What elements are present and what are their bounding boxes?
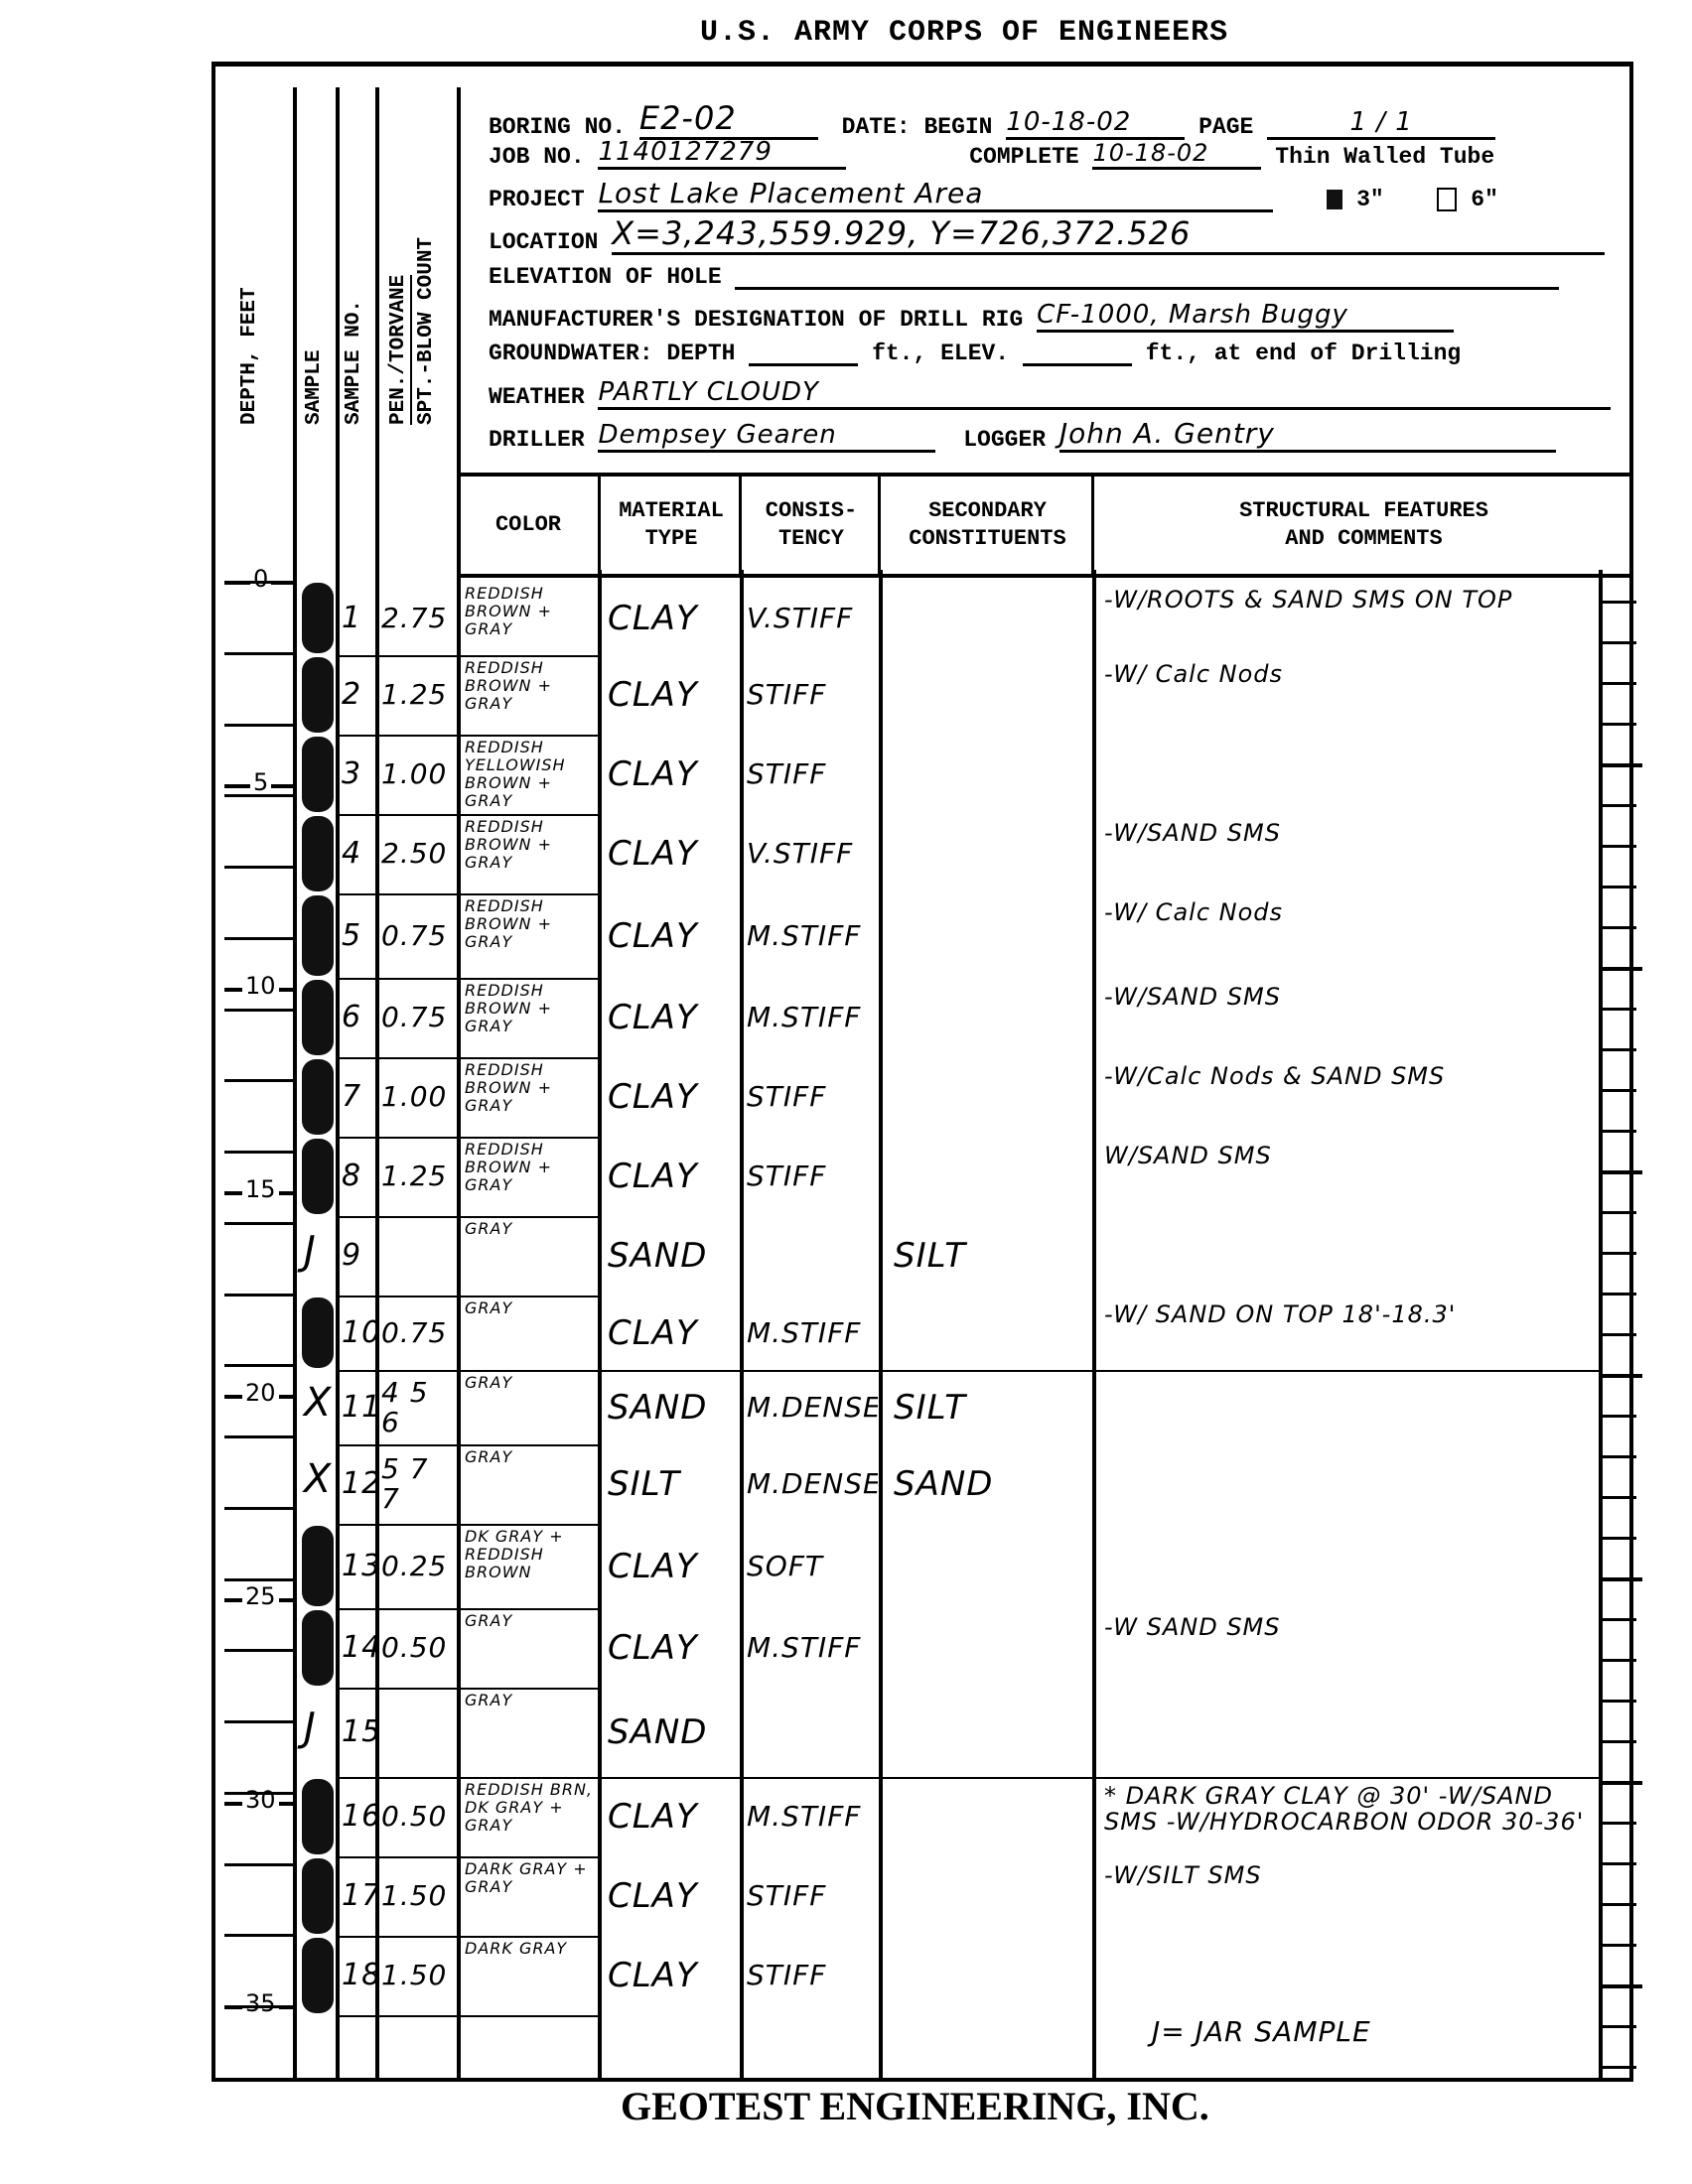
secondary-constituents bbox=[894, 1688, 1087, 1777]
structural-comment bbox=[1104, 1936, 1596, 2021]
structural-comment bbox=[1104, 1688, 1596, 1783]
right-scale-tick bbox=[1603, 1252, 1636, 1255]
divider-depth-sample bbox=[293, 87, 297, 2078]
secondary-constituents bbox=[894, 1777, 1087, 1856]
soil-color: REDDISH BROWN + GRAY bbox=[465, 1057, 598, 1141]
gw-elev-label: ft., ELEV. bbox=[872, 341, 1009, 366]
structural-comment bbox=[1104, 1216, 1596, 1301]
drill-rig-field[interactable]: CF-1000, Marsh Buggy bbox=[1037, 300, 1454, 333]
depth-label: 30 bbox=[242, 1786, 279, 1814]
soil-color: GRAY bbox=[465, 1370, 598, 1448]
depth-gridline bbox=[224, 1720, 294, 1723]
consistency: STIFF bbox=[747, 1856, 878, 1936]
consistency bbox=[747, 1688, 878, 1777]
pen-torvane-value: 1.00 bbox=[381, 1057, 457, 1137]
depth-gridline bbox=[224, 1364, 294, 1367]
project-field[interactable]: Lost Lake Placement Area bbox=[598, 177, 1273, 212]
depth-gridline bbox=[224, 724, 294, 727]
jar-sample-icon: J bbox=[304, 1228, 316, 1274]
secondary-constituents bbox=[894, 1137, 1087, 1216]
consistency: STIFF bbox=[747, 1936, 878, 2015]
structural-comment: -W/SAND SMS bbox=[1104, 978, 1596, 1063]
consistency: M.STIFF bbox=[747, 1777, 878, 1856]
pen-torvane-value bbox=[381, 1216, 457, 1296]
sample-number: 18 bbox=[342, 1936, 377, 2015]
row-drill-rig: MANUFACTURER'S DESIGNATION OF DRILL RIG … bbox=[489, 300, 1454, 333]
pen-torvane-value: 0.25 bbox=[381, 1524, 457, 1608]
sample-number: 8 bbox=[342, 1137, 377, 1216]
soil-color: GRAY bbox=[465, 1688, 598, 1781]
structural-comment: -W/ Calc Nods bbox=[1104, 893, 1596, 984]
consistency: V.STIFF bbox=[747, 814, 878, 893]
secondary-constituents bbox=[894, 893, 1087, 978]
date-begin-field[interactable]: 10-18-02 bbox=[1006, 107, 1185, 140]
right-scale-tick bbox=[1603, 1089, 1636, 1092]
spt-sample-icon: X bbox=[304, 1380, 331, 1426]
tube-label: Thin Walled Tube bbox=[1275, 144, 1494, 170]
sample-number: 1 bbox=[342, 581, 377, 655]
sample-number: 11 bbox=[342, 1370, 377, 1444]
tube-sample-icon bbox=[302, 1297, 334, 1368]
right-scale-tick bbox=[1603, 1984, 1642, 1988]
weather-field[interactable]: PARTLY CLOUDY bbox=[598, 377, 1611, 410]
right-scale-tick bbox=[1603, 1455, 1636, 1458]
depth-gridline bbox=[224, 1151, 294, 1154]
section-divider bbox=[457, 1370, 1599, 1372]
column-depth-feet: DEPTH, FEET bbox=[238, 287, 261, 425]
divider-consistency-secondary bbox=[879, 570, 883, 2081]
material-type: CLAY bbox=[608, 735, 739, 814]
right-scale-tick bbox=[1603, 723, 1636, 726]
depth-gridline bbox=[224, 1934, 294, 1937]
agency-title: U.S. ARMY CORPS OF ENGINEERS bbox=[700, 16, 1228, 50]
right-scale-tick bbox=[1603, 763, 1642, 767]
material-type: CLAY bbox=[608, 1777, 739, 1856]
material-type: CLAY bbox=[608, 1137, 739, 1216]
tube-6in-label: 6" bbox=[1471, 187, 1498, 212]
depth-gridline bbox=[224, 1863, 294, 1866]
secondary-constituents: SILT bbox=[894, 1370, 1087, 1444]
material-type: CLAY bbox=[608, 1856, 739, 1936]
pen-torvane-value: 0.50 bbox=[381, 1777, 457, 1856]
right-scale-tick bbox=[1603, 1659, 1636, 1662]
divider-sample-no bbox=[336, 87, 340, 2078]
right-scale-tick bbox=[1603, 1333, 1636, 1336]
driller-label: DRILLER bbox=[489, 427, 585, 453]
right-scale-tick bbox=[1603, 1374, 1642, 1378]
secondary-constituents bbox=[894, 735, 1087, 814]
right-scale-tick bbox=[1603, 1537, 1636, 1540]
job-no-label: JOB NO. bbox=[489, 144, 585, 170]
structural-comment: * DARK GRAY CLAY @ 30' -W/SAND SMS -W/HY… bbox=[1104, 1777, 1596, 1862]
material-type: SILT bbox=[608, 1444, 739, 1524]
consistency: SOFT bbox=[747, 1524, 878, 1608]
secondary-constituents bbox=[894, 1856, 1087, 1936]
row-groundwater: GROUNDWATER: DEPTH ft., ELEV. ft., at en… bbox=[489, 340, 1461, 366]
header-material-type: MATERIALTYPE bbox=[598, 477, 742, 574]
row-project: PROJECT Lost Lake Placement Area 3" 6" bbox=[489, 177, 1498, 212]
tube-6in-checkbox[interactable] bbox=[1437, 188, 1457, 211]
secondary-constituents bbox=[894, 814, 1087, 893]
driller-field[interactable]: Dempsey Gearen bbox=[598, 420, 935, 453]
soil-color: REDDISH BROWN + GRAY bbox=[465, 893, 598, 982]
sample-number: 2 bbox=[342, 655, 377, 735]
pen-torvane-value: 1.50 bbox=[381, 1856, 457, 1936]
structural-comment bbox=[1104, 1444, 1596, 1530]
right-scale-tick bbox=[1603, 1944, 1636, 1947]
soil-color: REDDISH BROWN + GRAY bbox=[465, 814, 598, 897]
structural-comment: -W/SILT SMS bbox=[1104, 1856, 1596, 1942]
depth-label: 15 bbox=[242, 1175, 279, 1203]
consistency: M.DENSE bbox=[747, 1370, 878, 1444]
divider-material-consistency bbox=[740, 570, 744, 2081]
pen-torvane-value: 0.75 bbox=[381, 893, 457, 978]
company-footer: GEOTEST ENGINEERING, INC. bbox=[621, 2083, 1209, 2129]
right-scale-tick bbox=[1603, 1211, 1636, 1214]
groundwater-label: GROUNDWATER: DEPTH bbox=[489, 341, 735, 366]
depth-label: 0 bbox=[250, 565, 271, 593]
secondary-constituents bbox=[894, 1057, 1087, 1137]
consistency: STIFF bbox=[747, 1137, 878, 1216]
right-scale-tick bbox=[1603, 1618, 1636, 1621]
elevation-label: ELEVATION OF HOLE bbox=[489, 264, 722, 290]
right-scale-tick bbox=[1603, 1700, 1636, 1703]
sample-number: 6 bbox=[342, 978, 377, 1057]
pen-torvane-value: 1.25 bbox=[381, 655, 457, 735]
tube-sample-icon bbox=[302, 1779, 334, 1854]
pen-torvane-value: 0.50 bbox=[381, 1608, 457, 1688]
material-type: CLAY bbox=[608, 1296, 739, 1370]
jar-sample-icon: J bbox=[304, 1705, 316, 1750]
material-type: CLAY bbox=[608, 1524, 739, 1608]
sample-number: 9 bbox=[342, 1216, 377, 1296]
sample-number: 13 bbox=[342, 1524, 377, 1608]
secondary-constituents bbox=[894, 581, 1087, 655]
depth-gridline bbox=[224, 1222, 294, 1225]
right-scale-tick bbox=[1603, 804, 1636, 807]
secondary-constituents bbox=[894, 1524, 1087, 1608]
material-type: CLAY bbox=[608, 1057, 739, 1137]
tube-sample-icon bbox=[302, 1139, 334, 1214]
material-type: CLAY bbox=[608, 1936, 739, 2015]
material-type: SAND bbox=[608, 1216, 739, 1296]
depth-label: 20 bbox=[242, 1379, 279, 1407]
soil-color: DARK GRAY bbox=[465, 1936, 598, 2019]
column-sample: SAMPLE bbox=[303, 349, 326, 425]
material-type: CLAY bbox=[608, 978, 739, 1057]
jar-sample-legend: J= JAR SAMPLE bbox=[1152, 2015, 1371, 2048]
right-scale-tick bbox=[1603, 1781, 1642, 1785]
row-elevation: ELEVATION OF HOLE bbox=[489, 261, 1559, 290]
column-sample-no: SAMPLE NO. bbox=[343, 300, 365, 425]
structural-comment: -W/SAND SMS bbox=[1104, 814, 1596, 899]
secondary-constituents: SILT bbox=[894, 1216, 1087, 1296]
consistency: M.STIFF bbox=[747, 893, 878, 978]
gw-depth-field[interactable] bbox=[749, 340, 858, 366]
sample-number: 7 bbox=[342, 1057, 377, 1137]
soil-color: REDDISH BRN, DK GRAY + GRAY bbox=[465, 1777, 598, 1860]
right-scale-tick bbox=[1603, 1415, 1636, 1418]
depth-gridline bbox=[224, 652, 294, 655]
gw-end-label: ft., at end of Drilling bbox=[1146, 341, 1461, 366]
row-location: LOCATION X=3,243,559.929, Y=726,372.526 bbox=[489, 214, 1605, 255]
soil-color: DARK GRAY + GRAY bbox=[465, 1856, 598, 1940]
depth-label: 5 bbox=[250, 768, 271, 796]
tube-sample-icon bbox=[302, 583, 334, 653]
page-field[interactable]: 1 / 1 bbox=[1267, 107, 1495, 140]
sample-number: 16 bbox=[342, 1777, 377, 1856]
depth-gridline bbox=[224, 1649, 294, 1652]
complete-label: COMPLETE bbox=[969, 144, 1078, 170]
sample-number: 12 bbox=[342, 1444, 377, 1524]
sample-number: 5 bbox=[342, 893, 377, 978]
right-scale-tick bbox=[1603, 1130, 1636, 1133]
material-type: SAND bbox=[608, 1688, 739, 1777]
row-boring: BORING NO. E2-02 DATE: BEGIN 10-18-02 PA… bbox=[489, 99, 1495, 140]
divider-right-scale bbox=[1599, 570, 1603, 2081]
tube-sample-icon bbox=[302, 737, 334, 812]
pen-torvane-value: 0.75 bbox=[381, 978, 457, 1057]
soil-color: GRAY bbox=[465, 1296, 598, 1374]
depth-label: 10 bbox=[242, 972, 279, 1000]
structural-comment bbox=[1104, 1524, 1596, 1614]
weather-label: WEATHER bbox=[489, 384, 585, 410]
consistency: STIFF bbox=[747, 735, 878, 814]
consistency: STIFF bbox=[747, 655, 878, 735]
right-scale-tick bbox=[1603, 1496, 1636, 1499]
pen-torvane-value bbox=[381, 1688, 457, 1777]
consistency: STIFF bbox=[747, 1057, 878, 1137]
right-scale-tick bbox=[1603, 967, 1642, 971]
pen-torvane-value: 1.00 bbox=[381, 735, 457, 814]
soil-color: DK GRAY + REDDISH BROWN bbox=[465, 1524, 598, 1612]
depth-gridline bbox=[224, 937, 294, 940]
pen-torvane-value: 5 7 7 bbox=[381, 1444, 457, 1524]
secondary-constituents bbox=[894, 655, 1087, 735]
tube-sample-icon bbox=[302, 1858, 334, 1934]
sample-number: 17 bbox=[342, 1856, 377, 1936]
soil-color: REDDISH BROWN + GRAY bbox=[465, 1137, 598, 1220]
structural-comment: -W/ Calc Nods bbox=[1104, 655, 1596, 741]
right-scale-tick bbox=[1603, 601, 1636, 604]
material-type: CLAY bbox=[608, 893, 739, 978]
header-structural-features: STRUCTURAL FEATURESAND COMMENTS bbox=[1091, 477, 1633, 574]
column-spt-blow-count: SPT.-BLOW COUNT bbox=[415, 237, 438, 425]
depth-gridline bbox=[224, 581, 294, 584]
right-scale-tick bbox=[1603, 1903, 1636, 1906]
depth-gridline bbox=[224, 794, 294, 797]
soil-color: GRAY bbox=[465, 1608, 598, 1692]
logger-label: LOGGER bbox=[963, 427, 1046, 453]
right-scale-tick bbox=[1603, 1822, 1636, 1825]
material-type: SAND bbox=[608, 1370, 739, 1444]
material-type: CLAY bbox=[608, 655, 739, 735]
tube-sample-icon bbox=[302, 1059, 334, 1135]
tube-sample-icon bbox=[302, 657, 334, 733]
pen-torvane-value: 1.50 bbox=[381, 1936, 457, 2015]
sample-number: 15 bbox=[342, 1688, 377, 1777]
material-type: CLAY bbox=[608, 1608, 739, 1688]
consistency: M.STIFF bbox=[747, 1296, 878, 1370]
soil-color: REDDISH BROWN + GRAY bbox=[465, 655, 598, 739]
divider-color-material bbox=[598, 570, 602, 2081]
pen-torvane-value: 0.75 bbox=[381, 1296, 457, 1370]
consistency bbox=[747, 1216, 878, 1296]
row-weather: WEATHER PARTLY CLOUDY bbox=[489, 377, 1611, 410]
structural-comment: W/SAND SMS bbox=[1104, 1137, 1596, 1222]
drill-rig-label: MANUFACTURER'S DESIGNATION OF DRILL RIG bbox=[489, 307, 1023, 333]
right-scale-tick bbox=[1603, 682, 1636, 685]
soil-color: REDDISH YELLOWISH BROWN + GRAY bbox=[465, 735, 598, 818]
column-pen-torvane: PEN./TORVANE bbox=[387, 275, 412, 425]
logger-field[interactable]: John A. Gentry bbox=[1059, 417, 1556, 453]
right-scale-tick bbox=[1603, 886, 1636, 888]
right-scale-tick bbox=[1603, 845, 1636, 848]
tube-sample-icon bbox=[302, 980, 334, 1055]
column-headers: COLOR MATERIALTYPE CONSIS-TENCY SECONDAR… bbox=[459, 473, 1633, 578]
sample-number: 4 bbox=[342, 814, 377, 893]
pen-torvane-value: 4 5 6 bbox=[381, 1370, 457, 1444]
consistency: M.STIFF bbox=[747, 1608, 878, 1688]
pen-torvane-value: 2.75 bbox=[381, 581, 457, 655]
structural-comment bbox=[1104, 735, 1596, 820]
structural-comment: -W/Calc Nods & SAND SMS bbox=[1104, 1057, 1596, 1143]
right-scale-tick bbox=[1603, 2025, 1636, 2028]
secondary-constituents bbox=[894, 1936, 1087, 2015]
soil-color: GRAY bbox=[465, 1444, 598, 1528]
depth-gridline bbox=[224, 1507, 294, 1510]
sample-number: 14 bbox=[342, 1608, 377, 1688]
depth-gridline bbox=[224, 1792, 294, 1795]
row-driller: DRILLER Dempsey Gearen LOGGER John A. Ge… bbox=[489, 417, 1556, 453]
pen-torvane-value: 2.50 bbox=[381, 814, 457, 893]
date-complete-field[interactable]: 10-18-02 bbox=[1092, 139, 1261, 170]
right-scale-tick bbox=[1603, 641, 1636, 644]
depth-gridline bbox=[224, 1578, 294, 1581]
tube-sample-icon bbox=[302, 1526, 334, 1606]
depth-label: 35 bbox=[242, 1989, 279, 2017]
depth-gridline bbox=[224, 866, 294, 869]
consistency: M.STIFF bbox=[747, 978, 878, 1057]
right-scale-tick bbox=[1603, 1740, 1636, 1743]
tube-sample-icon bbox=[302, 895, 334, 976]
header-consistency: CONSIS-TENCY bbox=[739, 477, 881, 574]
location-field[interactable]: X=3,243,559.929, Y=726,372.526 bbox=[612, 214, 1605, 255]
boring-no-field[interactable]: E2-02 bbox=[639, 99, 818, 140]
boring-info: BORING NO. E2-02 DATE: BEGIN 10-18-02 PA… bbox=[459, 87, 1630, 470]
secondary-constituents bbox=[894, 1296, 1087, 1370]
right-scale-tick bbox=[1603, 1862, 1636, 1865]
depth-gridline bbox=[224, 2005, 294, 2008]
secondary-constituents bbox=[894, 978, 1087, 1057]
tube-sample-icon bbox=[302, 1610, 334, 1686]
secondary-constituents: SAND bbox=[894, 1444, 1087, 1524]
material-type: CLAY bbox=[608, 581, 739, 655]
header-color: COLOR bbox=[459, 477, 598, 574]
consistency: V.STIFF bbox=[747, 581, 878, 655]
soil-color: REDDISH BROWN + GRAY bbox=[465, 581, 598, 659]
gw-elev-field[interactable] bbox=[1023, 340, 1132, 366]
structural-comment: -W/ SAND ON TOP 18'-18.3' bbox=[1104, 1296, 1596, 1376]
pen-torvane-value: 1.25 bbox=[381, 1137, 457, 1216]
tube-3in-checkbox-checked[interactable] bbox=[1327, 190, 1342, 209]
depth-gridline bbox=[224, 1009, 294, 1012]
right-scale-tick bbox=[1603, 1008, 1636, 1011]
header-secondary-constituents: SECONDARYCONSTITUENTS bbox=[878, 477, 1094, 574]
right-scale-tick bbox=[1603, 1293, 1636, 1296]
sample-number: 3 bbox=[342, 735, 377, 814]
sample-number: 10 bbox=[342, 1296, 377, 1370]
depth-gridline bbox=[224, 1294, 294, 1297]
right-scale-tick bbox=[1603, 1170, 1642, 1174]
elevation-field[interactable] bbox=[735, 261, 1559, 290]
right-scale-tick bbox=[1603, 1048, 1636, 1051]
structural-comment bbox=[1104, 1370, 1596, 1450]
right-scale-tick bbox=[1603, 1577, 1642, 1581]
depth-gridline bbox=[224, 1435, 294, 1438]
material-type: CLAY bbox=[608, 814, 739, 893]
project-label: PROJECT bbox=[489, 187, 585, 212]
tube-sample-icon bbox=[302, 816, 334, 891]
right-scale-tick bbox=[1603, 926, 1636, 929]
structural-comment: -W/ROOTS & SAND SMS ON TOP bbox=[1104, 581, 1596, 661]
row-job: JOB NO. 1140127279 COMPLETE 10-18-02 Thi… bbox=[489, 137, 1494, 170]
depth-gridline bbox=[224, 1079, 294, 1082]
soil-color: GRAY bbox=[465, 1216, 598, 1299]
structural-comment: -W SAND SMS bbox=[1104, 1608, 1596, 1694]
soil-color: REDDISH BROWN + GRAY bbox=[465, 978, 598, 1061]
consistency: M.DENSE bbox=[747, 1444, 878, 1524]
spt-sample-icon: X bbox=[304, 1456, 331, 1502]
right-scale-tick bbox=[1603, 2066, 1636, 2069]
tube-sample-icon bbox=[302, 1938, 334, 2013]
tube-3in-label: 3" bbox=[1356, 187, 1384, 212]
location-label: LOCATION bbox=[489, 229, 598, 255]
divider-secondary-structural bbox=[1092, 570, 1096, 2081]
depth-label: 25 bbox=[242, 1582, 279, 1610]
section-divider bbox=[457, 1777, 1599, 1779]
job-no-field[interactable]: 1140127279 bbox=[598, 137, 846, 170]
secondary-constituents bbox=[894, 1608, 1087, 1688]
